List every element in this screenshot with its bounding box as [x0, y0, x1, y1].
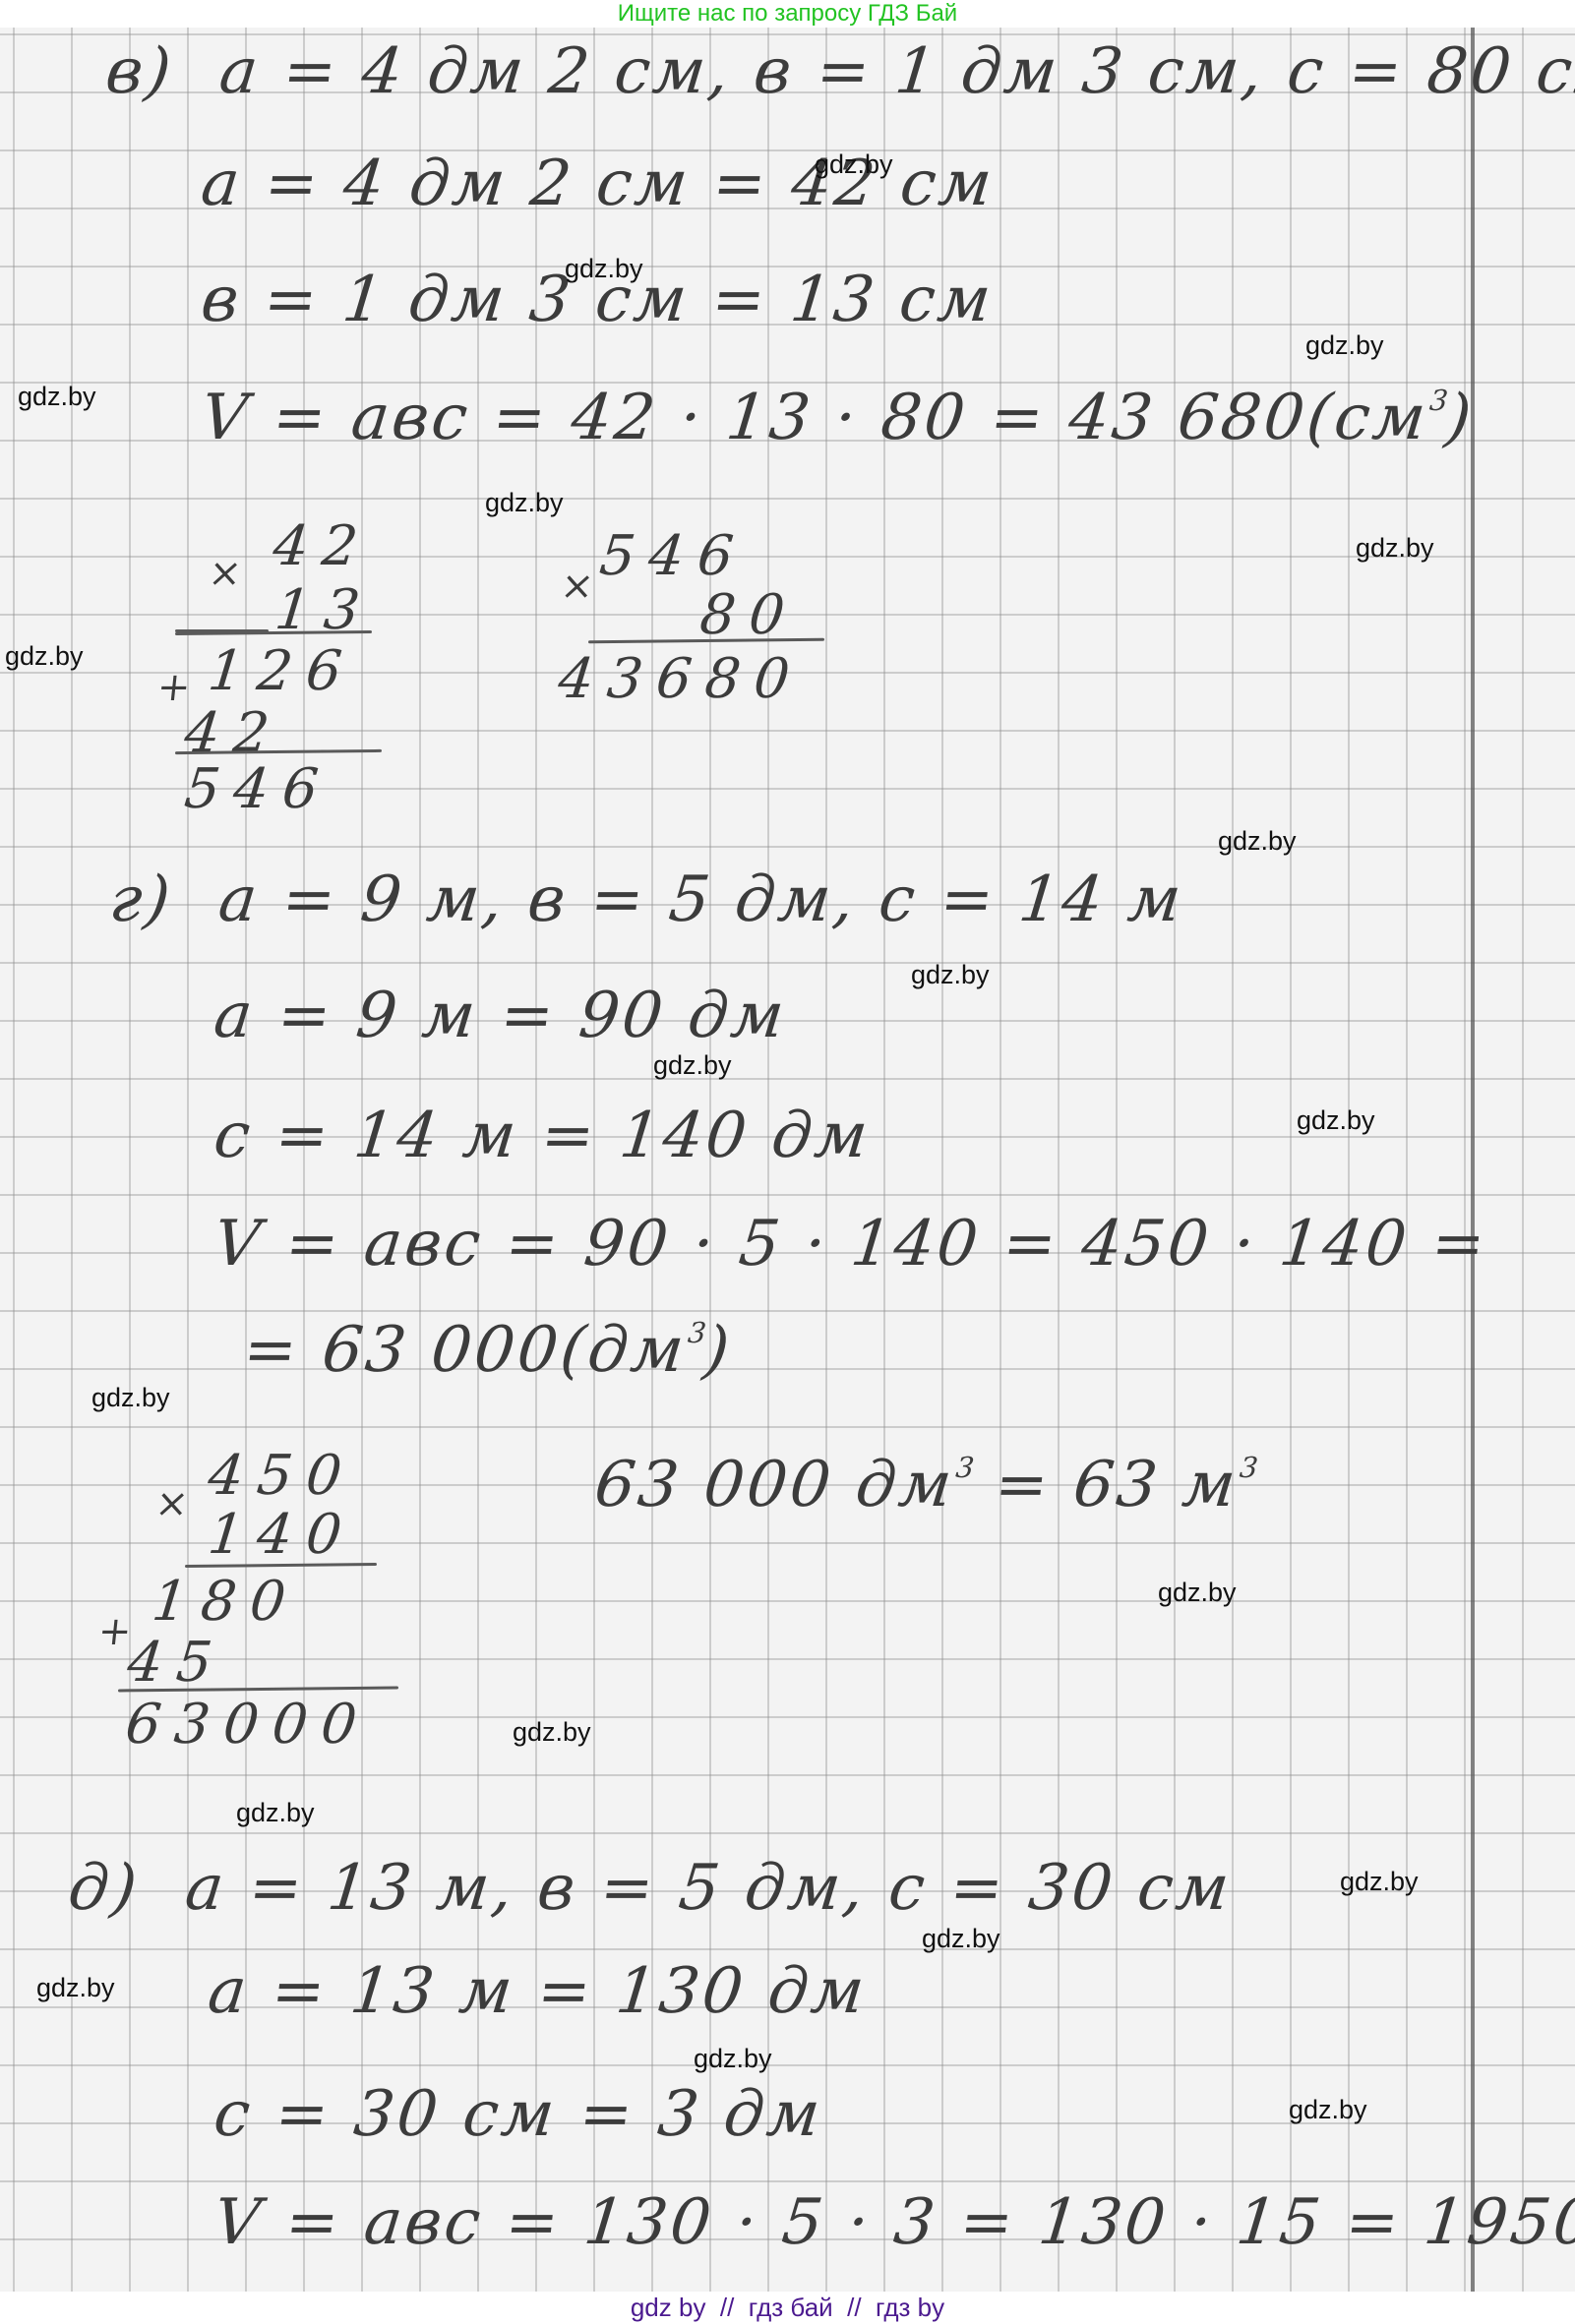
calc1-times-sign: ×	[207, 551, 247, 596]
calc3-multiplier: 140	[206, 1503, 359, 1567]
calc2-times-sign: ×	[559, 564, 599, 609]
notebook-margin-line	[1471, 28, 1475, 2292]
banner-text: Ищите нас по запросу ГДЗ Бай	[618, 0, 957, 28]
part-g-volume-cont: = 63 000(дм3)	[240, 1314, 736, 1387]
watermark: gdz.by	[91, 1383, 170, 1413]
part-d-line-a: a = 13 м = 130 дм	[205, 1955, 871, 2028]
part-g-line-a: a = 9 м = 90 дм	[211, 980, 790, 1052]
part-g-conversion-exp2: 3	[1238, 1451, 1259, 1484]
part-d-label: д)	[65, 1852, 143, 1925]
watermark: gdz.by	[653, 1050, 732, 1081]
part-g-conversion-right: = 63 м	[968, 1449, 1242, 1521]
notebook-page-photo: в) a = 4 дм 2 см, в = 1 дм 3 см, c = 80 …	[0, 28, 1575, 2292]
watermark: gdz.by	[485, 488, 564, 518]
watermark: gdz.by	[36, 1973, 115, 2003]
watermark: gdz.by	[694, 2044, 772, 2074]
part-g-given: г) a = 9 м, в = 5 дм, c = 14 м	[106, 864, 1187, 936]
part-v-given-values: a = 4 дм 2 см, в = 1 дм 3 см, c = 80 см	[216, 35, 1575, 108]
site-footer: gdz by // гдз бай // гдз by	[0, 2292, 1575, 2324]
watermark: gdz.by	[815, 149, 893, 180]
part-g-conversion: 63 000 дм3 = 63 м3	[591, 1449, 1259, 1521]
part-g-conversion-left: 63 000 дм	[591, 1449, 958, 1521]
part-g-volume-cont-text: = 63 000(дм	[240, 1314, 690, 1387]
calc3-result: 63000	[123, 1693, 374, 1757]
part-v-given: в) a = 4 дм 2 см, в = 1 дм 3 см, c = 80 …	[102, 35, 1575, 108]
part-v-volume-text: V = aвc = 42 · 13 · 80 = 43 680(см	[198, 382, 1431, 454]
search-hint-banner: Ищите нас по запросу ГДЗ Бай	[0, 0, 1575, 28]
watermark: gdz.by	[1218, 826, 1297, 857]
watermark: gdz.by	[1305, 330, 1384, 361]
part-g-label: г)	[106, 864, 176, 936]
watermark: gdz.by	[18, 382, 96, 412]
watermark: gdz.by	[565, 254, 643, 284]
watermark: gdz.by	[5, 641, 84, 672]
watermark: gdz.by	[922, 1924, 1000, 1954]
calc3-times-sign: ×	[153, 1481, 194, 1526]
part-d-line-c: c = 30 см = 3 дм	[211, 2078, 826, 2151]
calc1-multiplicand: 42	[271, 514, 375, 578]
part-d-given: д) a = 13 м, в = 5 дм, c = 30 см	[65, 1852, 1235, 1925]
part-v-label: в)	[102, 35, 177, 108]
part-d-volume: V = aвc = 130 · 5 · 3 = 130 · 15 = 1950(…	[211, 2186, 1575, 2259]
watermark: gdz.by	[1356, 533, 1434, 564]
watermark: gdz.by	[1158, 1578, 1237, 1608]
footer-text: gdz by // гдз бай // гдз by	[631, 2293, 944, 2323]
watermark: gdz.by	[513, 1717, 591, 1748]
calc3-partial-1: 180	[150, 1570, 303, 1634]
watermark: gdz.by	[911, 960, 990, 990]
part-g-volume: V = aвc = 90 · 5 · 140 = 450 · 140 =	[211, 1208, 1491, 1281]
part-g-given-values: a = 9 м, в = 5 дм, c = 14 м	[215, 864, 1187, 936]
calc3-underline	[185, 1563, 377, 1568]
calc2-multiplicand: 546	[597, 524, 751, 588]
watermark: gdz.by	[236, 1798, 315, 1828]
watermark: gdz.by	[1289, 2095, 1367, 2125]
calc3-multiplicand: 450	[206, 1444, 359, 1508]
calc2-result: 43680	[556, 647, 807, 711]
part-d-given-values: a = 13 м, в = 5 дм, c = 30 см	[182, 1852, 1236, 1925]
calc3-partial-2: 45	[125, 1631, 229, 1695]
calc1-partial-1: 126	[206, 639, 359, 703]
part-g-line-c: c = 14 м = 140 дм	[211, 1100, 874, 1172]
part-d-volume-text: V = aвc = 130 · 5 · 3 = 130 · 15 = 1950(…	[211, 2186, 1575, 2259]
calc1-partial-2: 42	[182, 701, 286, 765]
watermark: gdz.by	[1340, 1867, 1419, 1897]
part-v-volume: V = aвc = 42 · 13 · 80 = 43 680(см3)	[198, 382, 1478, 454]
watermark: gdz.by	[1297, 1105, 1375, 1136]
calc1-result: 546	[182, 757, 335, 821]
